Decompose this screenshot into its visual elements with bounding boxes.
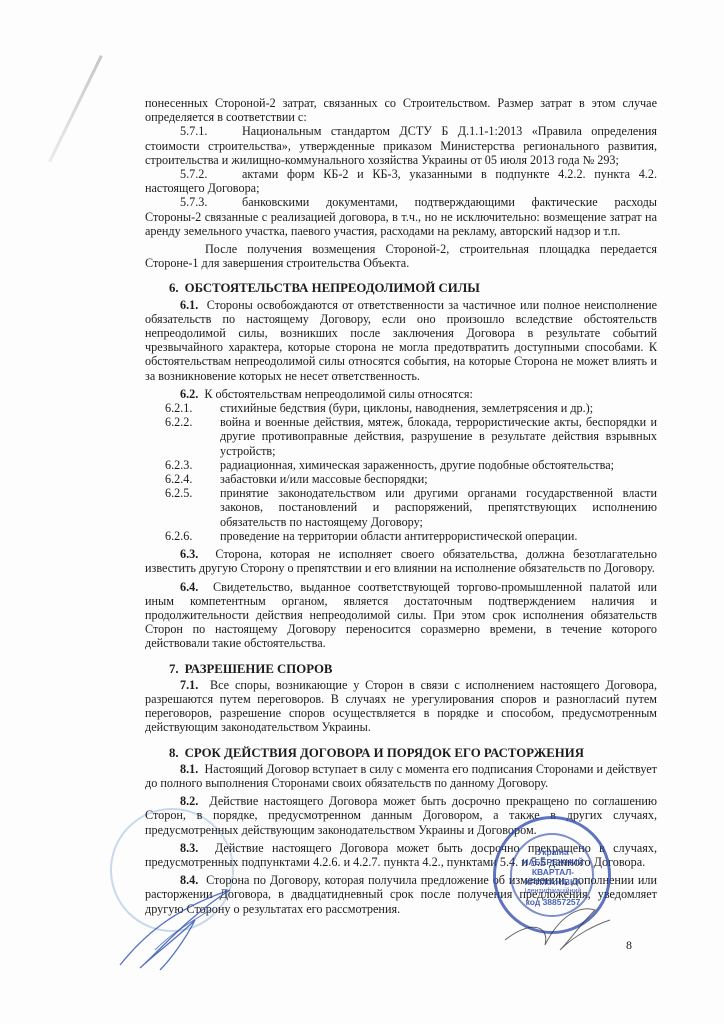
subitem-6-2-5: 6.2.5.принятие законодательством или дру… (145, 486, 657, 529)
intro-closing-paragraph: После получения возмещения Стороной-2, с… (145, 242, 657, 270)
section-heading-6: 6.ОБСТОЯТЕЛЬСТВА НЕПРЕОДОЛИМОЙ СИЛЫ (145, 281, 657, 295)
subitem-6-2-2: 6.2.2.война и военные действия, мятеж, б… (145, 415, 657, 458)
clause-6-4: 6.4. Свидетельство, выданное соответству… (145, 580, 657, 651)
document-page: понесенных Стороной-2 затрат, связанных … (0, 0, 724, 1024)
subitem-6-2-1: 6.2.1.стихийные бедствия (бури, циклоны,… (145, 401, 657, 415)
subitem-6-2-6: 6.2.6.проведение на территории области а… (145, 529, 657, 543)
document-body: понесенных Стороной-2 затрат, связанных … (145, 96, 657, 916)
stamp-text: Україна НАБЕРЕЖНИЙ КВАРТАЛ- КРИЖАНІВКА І… (518, 847, 588, 907)
clause-6-3: 6.3. Сторона, которая не исполняет своег… (145, 547, 657, 575)
subitem-6-2-3: 6.2.3.радиационная, химическая зараженно… (145, 458, 657, 472)
subitem-6-2-4: 6.2.4.забастовки и/или массовые беспоряд… (145, 472, 657, 486)
scan-artifact-line (48, 55, 102, 162)
signature-left (100, 880, 250, 980)
intro-item-5-7-1: 5.7.1.Национальным стандартом ДСТУ Б Д.1… (145, 124, 657, 167)
page-number: 8 (626, 938, 632, 953)
section-heading-8: 8.СРОК ДЕЙСТВИЯ ДОГОВОРА И ПОРЯДОК ЕГО Р… (145, 746, 657, 760)
intro-item-5-7-2: 5.7.2.актами форм КБ-2 и КБ-3, указанным… (145, 167, 657, 195)
signature-right (500, 900, 620, 960)
clause-6-2: 6.2. К обстоятельствам непреодолимой сил… (145, 387, 657, 401)
intro-paragraph: понесенных Стороной-2 затрат, связанных … (145, 96, 657, 124)
clause-7-1: 7.1. Все споры, возникающие у Сторон в с… (145, 678, 657, 735)
intro-item-5-7-3: 5.7.3.банковскими документами, подтвержд… (145, 195, 657, 238)
clause-8-1: 8.1. Настоящий Договор вступает в силу с… (145, 762, 657, 790)
clause-6-1: 6.1. Стороны освобождаются от ответствен… (145, 298, 657, 383)
section-heading-7: 7.РАЗРЕШЕНИЕ СПОРОВ (145, 662, 657, 676)
